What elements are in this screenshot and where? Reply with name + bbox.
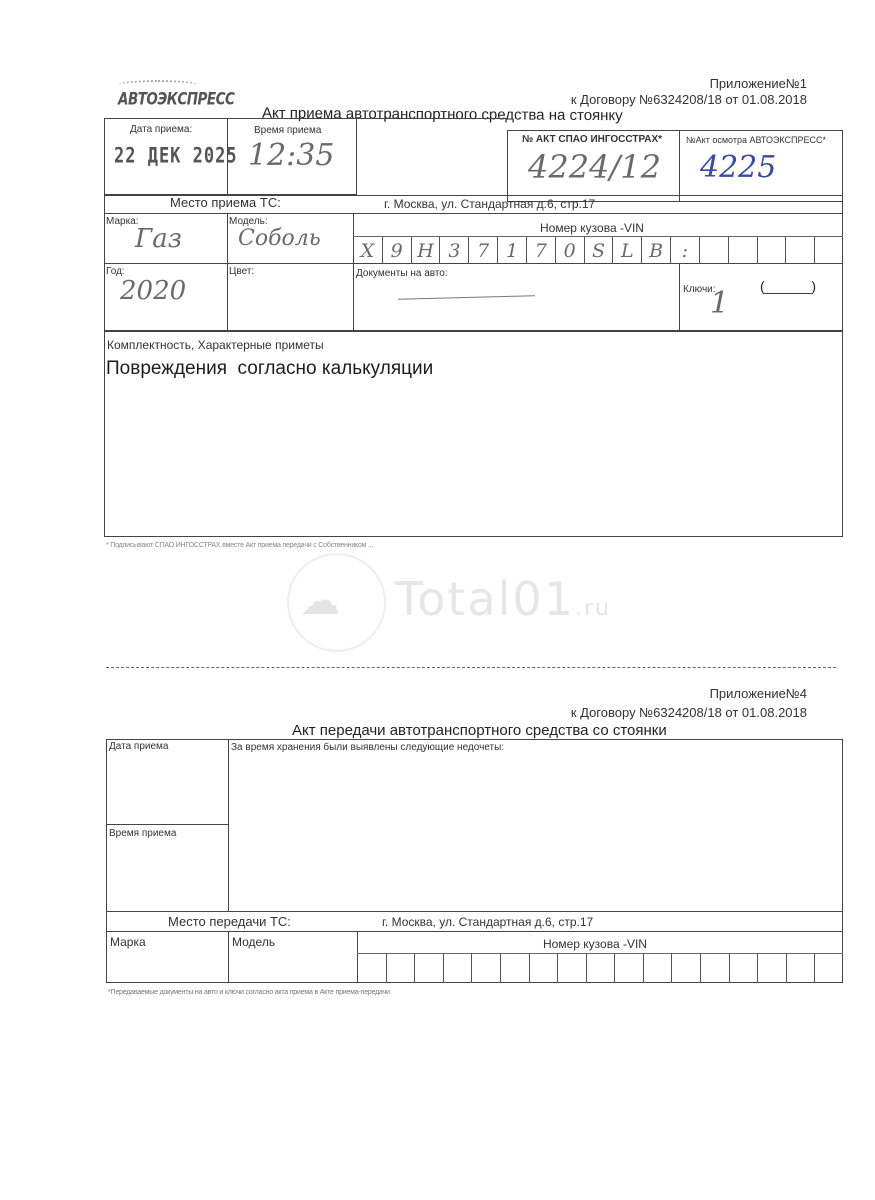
vin-cell: X [353, 237, 382, 264]
vin-cell: S [584, 237, 613, 264]
vin-cell [728, 237, 757, 264]
vin-cell: 7 [526, 237, 555, 264]
vin-cell [557, 953, 586, 983]
completeness-label: Комплектность, Характерные приметы [107, 338, 324, 352]
vin-cell [699, 237, 728, 264]
watermark-car-icon: ☁ [300, 578, 340, 624]
place-value: г. Москва, ул. Стандартная д.6, стр.17 [384, 197, 595, 211]
docs-label: Документы на авто: [356, 268, 448, 279]
date-stamp: 22 ДЕК 2025 [114, 144, 238, 169]
vin-cell [386, 953, 415, 983]
bottom-place-value: г. Москва, ул. Стандартная д.6, стр.17 [382, 915, 593, 929]
brand-label: Марка: [106, 216, 139, 227]
vin-cell [471, 953, 500, 983]
vin-cell: H [411, 237, 440, 264]
vin-cell [729, 953, 758, 983]
vin-cell [443, 953, 472, 983]
vin-cell: 7 [468, 237, 497, 264]
vin-cell [643, 953, 672, 983]
top-footnote: * Подписывают СПАО ИНГОССТРАХ вместе Акт… [106, 542, 373, 549]
contract-reference-bottom: к Договору №6324208/18 от 01.08.2018 [571, 705, 807, 720]
vin-cell [529, 953, 558, 983]
vehicle-info-box [104, 213, 843, 331]
bottom-time-label: Время приема [109, 828, 176, 839]
vin-cell [757, 237, 786, 264]
ingos-act-label: № АКТ СПАО ИНГОССТРАХ* [522, 134, 662, 145]
date-label: Дата приема: [130, 124, 192, 135]
vin-cell [700, 953, 729, 983]
vin-cell [814, 953, 843, 983]
bottom-place-label: Место передачи ТС: [168, 914, 291, 929]
keys-bracket: (______) [760, 278, 816, 294]
vin-cell [414, 953, 443, 983]
vin-cell [757, 953, 786, 983]
time-label: Время приема [254, 125, 321, 136]
vin-cell [671, 953, 700, 983]
autoexpress-act-label: №Акт осмотра АВТОЭКСПРЕСС* [686, 135, 826, 145]
vin-cell: L [612, 237, 641, 264]
time-handwritten: 12:35 [248, 138, 334, 173]
appendix-number-bottom: Приложение№4 [710, 686, 807, 701]
vin-cell: 9 [382, 237, 411, 264]
ingos-act-number: 4224/12 [528, 148, 661, 186]
autoexpress-act-number: 4225 [700, 150, 776, 185]
vin-cell [357, 953, 386, 983]
bottom-vin-grid [357, 953, 843, 983]
bottom-vin-label: Номер кузова -VIN [543, 937, 647, 951]
vin-grid: X9H37170SLB: [353, 237, 843, 264]
keys-value: 1 [710, 286, 729, 321]
watermark-text: Total01.ru [395, 572, 611, 626]
model-value: Соболь [238, 226, 321, 251]
appendix-number: Приложение№1 [710, 76, 807, 91]
vin-cell: 1 [497, 237, 526, 264]
vin-cell [500, 953, 529, 983]
vin-cell: 3 [439, 237, 468, 264]
brand-value: Газ [135, 224, 182, 254]
vin-cell [814, 237, 843, 264]
act-title-bottom: Акт передачи автотранспортного средства … [292, 722, 667, 739]
logo-text: АВТОЭКСПРЕСС [118, 89, 234, 109]
vin-label: Номер кузова -VIN [540, 221, 644, 235]
year-value: 2020 [120, 276, 186, 306]
vin-cell [614, 953, 643, 983]
bottom-model-label: Модель [232, 935, 275, 949]
bottom-date-label: Дата приема [109, 741, 168, 752]
vin-cell: 0 [555, 237, 584, 264]
cut-line [106, 667, 836, 668]
color-label: Цвет: [229, 266, 254, 277]
vin-cell [586, 953, 615, 983]
bottom-footnote: *Передаваемые документы на авто и ключи … [108, 989, 390, 996]
logo: АВТОЭКСПРЕСС [118, 80, 234, 108]
bottom-brand-label: Марка [110, 935, 146, 949]
vin-cell [786, 953, 815, 983]
contract-reference: к Договору №6324208/18 от 01.08.2018 [571, 92, 807, 107]
vin-cell: B [641, 237, 670, 264]
place-label: Место приема ТС: [170, 195, 281, 210]
defects-label: За время хранения были выявлены следующи… [231, 742, 504, 753]
vin-cell: : [670, 237, 699, 264]
completeness-value: Повреждения согласно калькуляции [106, 358, 433, 380]
defects-box [106, 739, 843, 912]
vin-cell [785, 237, 814, 264]
